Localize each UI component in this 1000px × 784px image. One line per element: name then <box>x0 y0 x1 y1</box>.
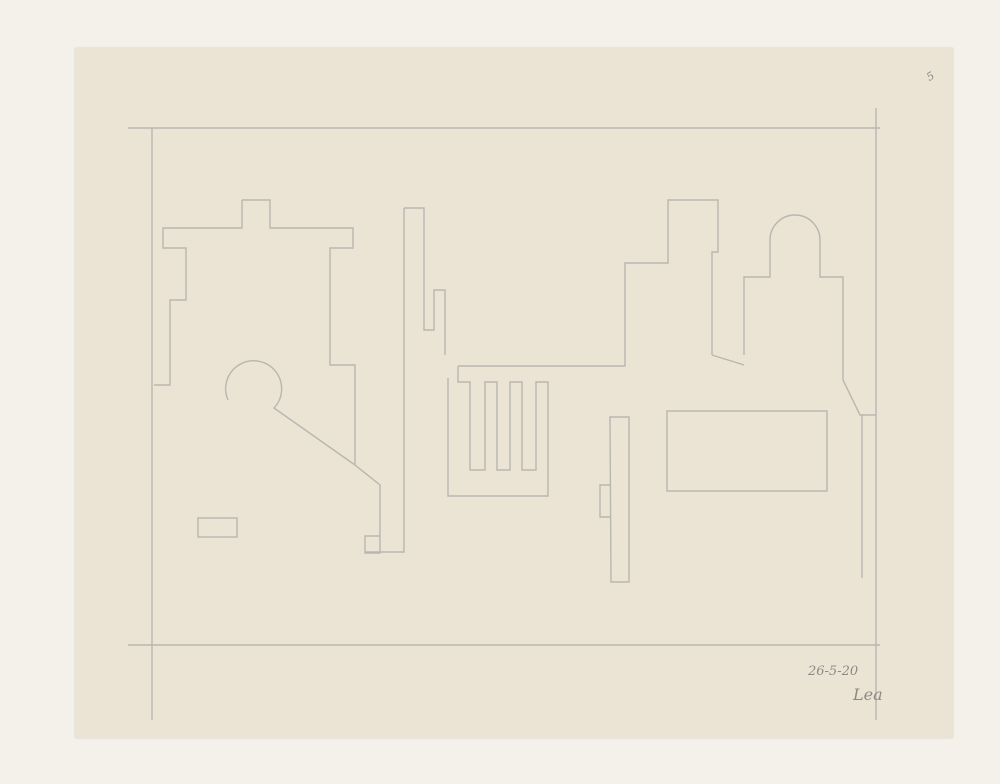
circle-arc <box>226 361 355 465</box>
date-annotation: 26-5-20 <box>808 664 858 679</box>
arched-building <box>744 215 876 415</box>
small-vertical-piece <box>600 417 629 582</box>
comb-outline <box>458 200 718 366</box>
small-rect <box>198 518 237 537</box>
signature: Lea <box>853 685 883 704</box>
left-block-outline <box>242 200 380 553</box>
wide-rect <box>667 411 827 491</box>
tall-bar <box>365 208 445 552</box>
